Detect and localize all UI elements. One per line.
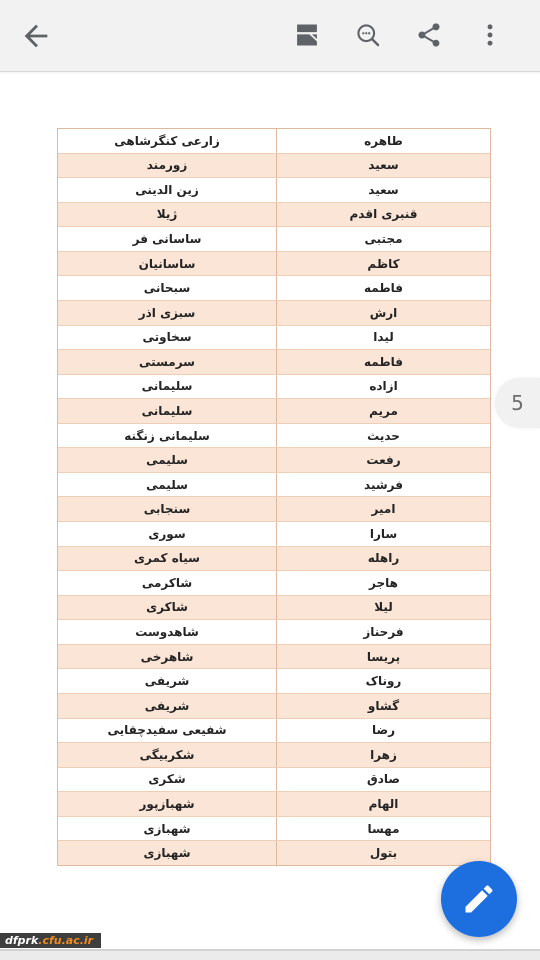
family-name-cell: شریفی <box>58 669 276 693</box>
family-name-cell: شاکرمی <box>58 571 276 595</box>
table-row: امیرسنجابی <box>58 497 490 522</box>
family-name-cell: شهبازپور <box>58 792 276 816</box>
family-name-cell: زارعی کنگرشاهی <box>58 129 276 153</box>
table-row: سعیدزورمند <box>58 154 490 179</box>
family-name-cell: ساسانیان <box>58 252 276 276</box>
table-row: فرحنازشاهدوست <box>58 620 490 645</box>
table-row: سعیدزین الدینی <box>58 178 490 203</box>
page-layout-icon <box>293 21 321 49</box>
family-name-cell: شکری <box>58 768 276 792</box>
given-name-cell: قنبری اقدم <box>276 203 490 227</box>
table-row: ارشسبزی اذر <box>58 301 490 326</box>
back-button[interactable] <box>19 19 53 53</box>
table-row: روناکشریفی <box>58 669 490 694</box>
given-name-cell: مریم <box>276 399 490 423</box>
table-row: ازادهسلیمانی <box>58 375 490 400</box>
family-name-cell: سوری <box>58 522 276 546</box>
share-button[interactable] <box>415 21 443 49</box>
family-name-cell: سلیمانی زنگنه <box>58 424 276 448</box>
given-name-cell: بتول <box>276 841 490 865</box>
pencil-icon <box>461 881 497 917</box>
given-name-cell: فرحناز <box>276 620 490 644</box>
back-icon <box>19 19 53 53</box>
family-name-cell: ساسانی فر <box>58 227 276 251</box>
family-name-cell: شاکری <box>58 596 276 620</box>
given-name-cell: روناک <box>276 669 490 693</box>
family-name-cell: سلیمی <box>58 473 276 497</box>
family-name-cell: زورمند <box>58 154 276 178</box>
table-row: لیداسخاوتی <box>58 326 490 351</box>
family-name-cell: شریفی <box>58 694 276 718</box>
toolbar-actions <box>293 21 504 49</box>
names-table: طاهرهزارعی کنگرشاهیسعیدزورمندسعیدزین الد… <box>57 128 491 866</box>
more-options-icon <box>476 21 504 49</box>
family-name-cell: سبحانی <box>58 276 276 300</box>
given-name-cell: پریسا <box>276 645 490 669</box>
table-row: فاطمهسرمستی <box>58 350 490 375</box>
search-button[interactable] <box>354 21 382 49</box>
given-name-cell: ارش <box>276 301 490 325</box>
page-layout-button[interactable] <box>293 21 321 49</box>
table-row: گشاوشریفی <box>58 694 490 719</box>
given-name-cell: طاهره <box>276 129 490 153</box>
given-name-cell: حدیث <box>276 424 490 448</box>
table-row: رضاشفیعی سفیدچقایی <box>58 719 490 744</box>
given-name-cell: لیلا <box>276 596 490 620</box>
table-row: مهساشهبازی <box>58 817 490 842</box>
toolbar <box>0 0 540 72</box>
family-name-cell: زین الدینی <box>58 178 276 202</box>
given-name-cell: راهله <box>276 547 490 571</box>
given-name-cell: مهسا <box>276 817 490 841</box>
watermark: dfprk.cfu.ac.ir <box>0 933 101 948</box>
given-name-cell: ازاده <box>276 375 490 399</box>
family-name-cell: سرمستی <box>58 350 276 374</box>
given-name-cell: رفعت <box>276 448 490 472</box>
watermark-suffix: .cfu.ac.ir <box>38 933 93 948</box>
table-row: ساراسوری <box>58 522 490 547</box>
table-row: هاجرشاکرمی <box>58 571 490 596</box>
family-name-cell: شاهدوست <box>58 620 276 644</box>
given-name-cell: فاطمه <box>276 350 490 374</box>
given-name-cell: گشاو <box>276 694 490 718</box>
given-name-cell: سارا <box>276 522 490 546</box>
table-row: فاطمهسبحانی <box>58 276 490 301</box>
table-row: قنبری اقدمژیلا <box>58 203 490 228</box>
table-row: الهامشهبازپور <box>58 792 490 817</box>
table-row: بتولشهبازی <box>58 841 490 865</box>
table-row: مریمسلیمانی <box>58 399 490 424</box>
given-name-cell: مجتبی <box>276 227 490 251</box>
search-icon <box>354 21 382 49</box>
given-name-cell: کاظم <box>276 252 490 276</box>
family-name-cell: سلیمانی <box>58 399 276 423</box>
bottom-edge-strip <box>0 949 540 960</box>
table-row: مجتبیساسانی فر <box>58 227 490 252</box>
given-name-cell: سعید <box>276 154 490 178</box>
edit-fab[interactable] <box>441 861 517 937</box>
share-icon <box>415 21 443 49</box>
table-row: طاهرهزارعی کنگرشاهی <box>58 129 490 154</box>
family-name-cell: سنجابی <box>58 497 276 521</box>
given-name-cell: صادق <box>276 768 490 792</box>
more-options-button[interactable] <box>476 21 504 49</box>
family-name-cell: سبزی اذر <box>58 301 276 325</box>
family-name-cell: شفیعی سفیدچقایی <box>58 719 276 743</box>
given-name-cell: لیدا <box>276 326 490 350</box>
given-name-cell: الهام <box>276 792 490 816</box>
given-name-cell: زهرا <box>276 743 490 767</box>
family-name-cell: شکربیگی <box>58 743 276 767</box>
table-row: پریساشاهرخی <box>58 645 490 670</box>
family-name-cell: شهبازی <box>58 841 276 865</box>
page-number-badge: 5 <box>495 378 540 428</box>
family-name-cell: سخاوتی <box>58 326 276 350</box>
table-row: لیلاشاکری <box>58 596 490 621</box>
family-name-cell: شاهرخی <box>58 645 276 669</box>
table-row: زهراشکربیگی <box>58 743 490 768</box>
family-name-cell: سیاه کمری <box>58 547 276 571</box>
family-name-cell: ژیلا <box>58 203 276 227</box>
watermark-prefix: dfprk <box>5 933 38 948</box>
given-name-cell: امیر <box>276 497 490 521</box>
given-name-cell: فاطمه <box>276 276 490 300</box>
given-name-cell: رضا <box>276 719 490 743</box>
table-row: حدیثسلیمانی زنگنه <box>58 424 490 449</box>
family-name-cell: سلیمانی <box>58 375 276 399</box>
table-row: کاظمساسانیان <box>58 252 490 277</box>
table-row: فرشیدسلیمی <box>58 473 490 498</box>
given-name-cell: سعید <box>276 178 490 202</box>
given-name-cell: فرشید <box>276 473 490 497</box>
family-name-cell: سلیمی <box>58 448 276 472</box>
table-row: رفعتسلیمی <box>58 448 490 473</box>
table-row: صادقشکری <box>58 768 490 793</box>
family-name-cell: شهبازی <box>58 817 276 841</box>
table-row: راهلهسیاه کمری <box>58 547 490 572</box>
given-name-cell: هاجر <box>276 571 490 595</box>
